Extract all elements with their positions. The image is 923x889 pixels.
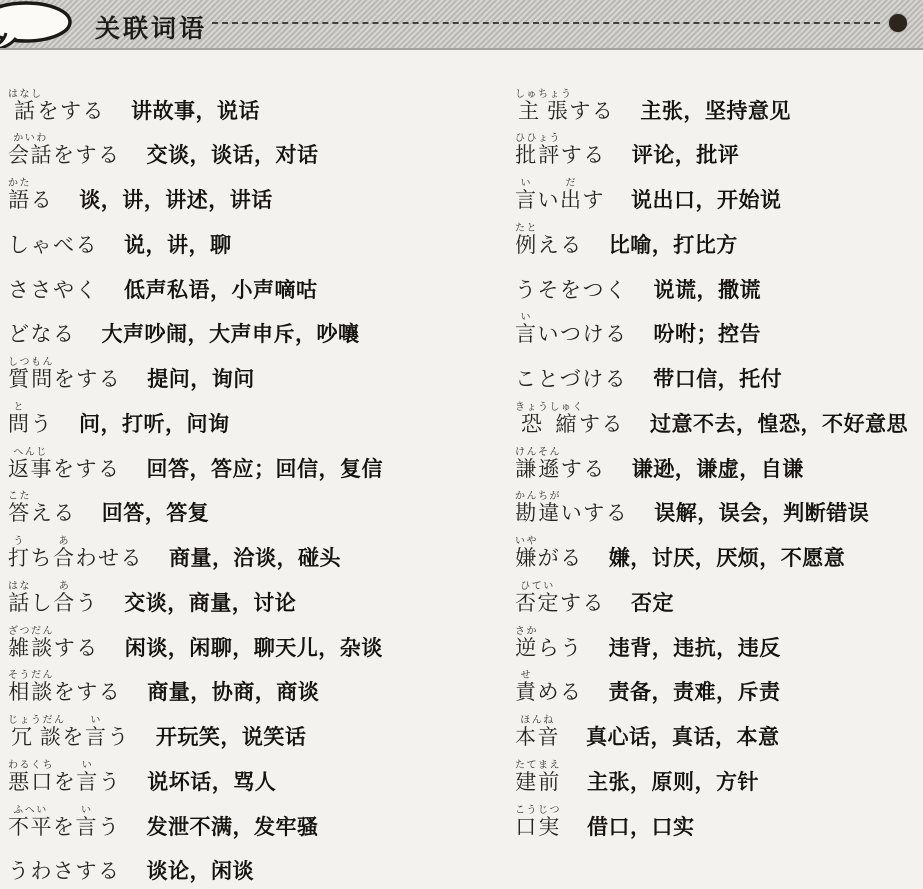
- ruby-base: 言い: [515, 322, 538, 346]
- chinese-meaning: 评论，批评: [632, 144, 740, 167]
- furigana: けんそん: [515, 447, 561, 458]
- vocab-entry: 質問しつもんをする提问，询问: [8, 350, 508, 395]
- ruby-base: 本音ほんね: [515, 725, 560, 749]
- furigana: う: [8, 536, 31, 547]
- furigana: さか: [515, 626, 538, 637]
- vocab-entry: 問とう问，打听，问询: [8, 394, 508, 439]
- chinese-meaning: 嫌，讨厌，厌烦，不愿意: [609, 547, 846, 570]
- chinese-meaning: 开玩笑，说笑话: [156, 726, 307, 749]
- vocab-entry: 言いいつける吩咐；控告: [515, 305, 919, 350]
- section-title: 关联词语: [95, 9, 207, 45]
- ruby-base: 勘違かんちが: [515, 501, 561, 525]
- vocab-column-right: 主張しゅちょうする主张，坚持意见批評ひひょうする评论，批评言いい出だす说出口，开…: [515, 81, 919, 842]
- furigana: い: [85, 715, 108, 726]
- japanese-term: 否定ひていする: [515, 581, 605, 615]
- furigana: たてまえ: [515, 760, 561, 771]
- ruby-base: 返事へんじ: [8, 457, 53, 481]
- ruby-base: 言い: [76, 815, 99, 839]
- japanese-term: 答こたえる: [8, 491, 76, 525]
- vocab-entry: 言いい出だす说出口，开始说: [515, 171, 919, 216]
- furigana: たと: [515, 223, 538, 234]
- chinese-meaning: 商量，洽谈，碰头: [169, 547, 341, 570]
- furigana: あ: [53, 581, 76, 592]
- japanese-term: しゃべる: [8, 234, 98, 257]
- chinese-meaning: 讲故事，说话: [131, 100, 260, 123]
- chinese-meaning: 说，讲，聊: [124, 234, 232, 257]
- japanese-term: 責せめる: [515, 670, 583, 704]
- dashed-rule: [212, 22, 880, 24]
- chinese-meaning: 主张，坚持意见: [640, 100, 791, 123]
- ruby-base: 謙遜けんそん: [515, 457, 561, 481]
- chinese-meaning: 回答，答复: [102, 502, 210, 525]
- furigana: ざつだん: [8, 626, 54, 637]
- vocab-column-left: 話はなしをする讲故事，说话会話かいわをする交谈，谈话，对话語かたる谈，讲，讲述，…: [8, 81, 508, 887]
- furigana: はなし: [8, 89, 43, 100]
- furigana: と: [8, 402, 31, 413]
- chinese-meaning: 说坏话，骂人: [147, 771, 276, 794]
- ruby-base: 冗談じょうだん: [8, 725, 62, 749]
- chinese-meaning: 回答，答应；回信，复信: [147, 458, 384, 481]
- japanese-term: 打うち合あわせる: [8, 536, 143, 570]
- chinese-meaning: 否定: [631, 592, 674, 615]
- vocab-entry: ことづける带口信，托付: [515, 350, 919, 395]
- vocab-entry: 建前たてまえ主张，原则，方针: [515, 752, 919, 797]
- japanese-term: 恐縮きょうしゅくする: [515, 402, 624, 436]
- japanese-term: 話はなしをする: [8, 89, 105, 123]
- japanese-term: 問とう: [8, 402, 53, 436]
- ruby-base: 言い: [76, 770, 99, 794]
- vocab-entry: 話はなしをする讲故事，说话: [8, 81, 508, 126]
- chinese-meaning: 谈论，闲谈: [147, 860, 255, 883]
- chinese-meaning: 比喻，打比方: [609, 234, 738, 257]
- furigana: あ: [53, 536, 76, 547]
- chinese-meaning: 违背，违抗，违反: [609, 637, 781, 660]
- chinese-meaning: 大声吵闹，大声申斥，吵嚷: [102, 323, 360, 346]
- end-bullet-dot: [889, 14, 907, 32]
- ruby-base: 責せ: [515, 680, 538, 704]
- chinese-meaning: 发泄不满，发牢骚: [147, 816, 319, 839]
- vocab-entry: 打うち合あわせる商量，洽谈，碰头: [8, 529, 508, 574]
- ruby-base: 雑談ざつだん: [8, 636, 54, 660]
- japanese-term: 不平ふへいを言いう: [8, 805, 121, 839]
- ruby-base: 答こた: [8, 501, 31, 525]
- chinese-meaning: 说出口，开始说: [631, 189, 782, 212]
- japanese-term: ささやく: [8, 279, 98, 302]
- furigana: そうだん: [8, 670, 54, 681]
- japanese-term: ことづける: [515, 368, 627, 391]
- furigana: はな: [8, 581, 31, 592]
- furigana: じょうだん: [8, 715, 66, 726]
- japanese-term: 悪口わるくちを言いう: [8, 760, 121, 794]
- chinese-meaning: 交谈，谈话，对话: [147, 144, 319, 167]
- chinese-meaning: 提问，询问: [147, 368, 255, 391]
- ruby-base: 恐縮きょうしゅく: [515, 412, 579, 436]
- japanese-term: 言いいつける: [515, 312, 628, 346]
- japanese-term: 語かたる: [8, 178, 53, 212]
- furigana: ほんね: [515, 715, 560, 726]
- chinese-meaning: 带口信，托付: [653, 368, 782, 391]
- vocab-entry: 悪口わるくちを言いう说坏话，骂人: [8, 752, 508, 797]
- ruby-base: 言い: [85, 725, 108, 749]
- vocab-entry: 答こたえる回答，答复: [8, 484, 508, 529]
- ruby-base: 相談そうだん: [8, 680, 54, 704]
- furigana: わるくち: [8, 760, 54, 771]
- vocab-entry: しゃべる说，讲，聊: [8, 215, 508, 260]
- japanese-term: 建前たてまえ: [515, 760, 561, 794]
- japanese-term: 例たとえる: [515, 223, 583, 257]
- vocab-entry: 口実こうじつ借口，口实: [515, 797, 919, 842]
- japanese-term: 批評ひひょうする: [515, 133, 606, 167]
- furigana: い: [76, 760, 99, 771]
- vocab-entry: うわさする谈论，闲谈: [8, 842, 508, 887]
- furigana: こうじつ: [515, 805, 561, 816]
- japanese-term: 冗談じょうだんを言いう: [8, 715, 130, 749]
- vocab-entry: 雑談ざつだんする闲谈，闲聊，聊天儿，杂谈: [8, 618, 508, 663]
- ruby-base: 逆さか: [515, 636, 538, 660]
- japanese-term: 相談そうだんをする: [8, 670, 121, 704]
- furigana: い: [515, 312, 538, 323]
- japanese-term: どなる: [8, 323, 76, 346]
- textbook-page: 关联词语 話はなしをする讲故事，说话会話かいわをする交谈，谈话，对话語かたる谈，…: [0, 0, 923, 889]
- ruby-base: 問と: [8, 412, 31, 436]
- ruby-base: 否定ひてい: [515, 591, 560, 615]
- vocab-entry: うそをつく说谎，撒谎: [515, 260, 919, 305]
- vocab-entry: ささやく低声私语，小声嘀咕: [8, 260, 508, 305]
- ruby-base: 会話かいわ: [8, 143, 53, 167]
- chinese-meaning: 闲谈，闲聊，聊天儿，杂谈: [125, 637, 383, 660]
- ruby-base: 話はな: [8, 591, 31, 615]
- ruby-base: 話はなし: [8, 99, 38, 123]
- japanese-term: 謙遜けんそんする: [515, 447, 606, 481]
- ruby-base: 口実こうじつ: [515, 815, 561, 839]
- ruby-base: 合あ: [53, 546, 76, 570]
- chinese-meaning: 低声私语，小声嘀咕: [124, 279, 318, 302]
- japanese-term: 逆さからう: [515, 626, 583, 660]
- vocab-entry: 語かたる谈，讲，讲述，讲话: [8, 171, 508, 216]
- chinese-meaning: 吩咐；控告: [654, 323, 762, 346]
- chinese-meaning: 说谎，撒谎: [654, 279, 762, 302]
- ruby-base: 打う: [8, 546, 31, 570]
- ruby-base: 批評ひひょう: [515, 143, 561, 167]
- vocab-entry: 返事へんじをする回答，答应；回信，复信: [8, 439, 508, 484]
- chinese-meaning: 交谈，商量，讨论: [124, 592, 296, 615]
- ruby-base: 嫌いや: [515, 546, 538, 570]
- japanese-term: 口実こうじつ: [515, 805, 561, 839]
- furigana: い: [76, 805, 99, 816]
- vocab-entry: 話はなし合あう交谈，商量，讨论: [8, 573, 508, 618]
- chinese-meaning: 误解，误会，判断错误: [654, 502, 869, 525]
- chinese-meaning: 谈，讲，讲述，讲话: [79, 189, 273, 212]
- furigana: かた: [8, 178, 31, 189]
- japanese-term: 会話かいわをする: [8, 133, 121, 167]
- furigana: かんちが: [515, 491, 561, 502]
- ruby-base: 言い: [515, 188, 538, 212]
- furigana: かいわ: [8, 133, 53, 144]
- vocab-entry: 謙遜けんそんする谦逊，谦虚，自谦: [515, 439, 919, 484]
- vocab-entry: 相談そうだんをする商量，协商，商谈: [8, 663, 508, 708]
- furigana: ひひょう: [515, 133, 561, 144]
- furigana: せ: [515, 670, 538, 681]
- vocab-entry: 本音ほんね真心话，真话，本意: [515, 708, 919, 753]
- ruby-base: 出だ: [560, 188, 583, 212]
- chinese-meaning: 过意不去，惶恐，不好意思: [650, 413, 908, 436]
- speech-bubble-icon: [0, 1, 78, 50]
- chinese-meaning: 责备，责难，斥责: [609, 681, 781, 704]
- chinese-meaning: 问，打听，问询: [79, 413, 230, 436]
- vocab-entry: どなる大声吵闹，大声申斥，吵嚷: [8, 305, 508, 350]
- ruby-base: 悪口わるくち: [8, 770, 54, 794]
- japanese-term: 本音ほんね: [515, 715, 560, 749]
- furigana: きょうしゅく: [515, 402, 584, 413]
- ruby-base: 不平ふへい: [8, 815, 53, 839]
- vocab-entry: 責せめる责备，责难，斥责: [515, 663, 919, 708]
- ruby-base: 主張しゅちょう: [515, 99, 569, 123]
- ruby-base: 建前たてまえ: [515, 770, 561, 794]
- ruby-base: 質問しつもん: [8, 367, 54, 391]
- chinese-meaning: 谦逊，谦虚，自谦: [632, 458, 804, 481]
- japanese-term: 勘違かんちがいする: [515, 491, 628, 525]
- chinese-meaning: 主张，原则，方针: [587, 771, 759, 794]
- japanese-term: 言いい出だす: [515, 178, 605, 212]
- furigana: ふへい: [8, 805, 53, 816]
- japanese-term: 質問しつもんをする: [8, 357, 121, 391]
- vocab-entry: 恐縮きょうしゅくする过意不去，惶恐，不好意思: [515, 394, 919, 439]
- vocab-entry: 主張しゅちょうする主张，坚持意见: [515, 81, 919, 126]
- vocab-entry: 例たとえる比喻，打比方: [515, 215, 919, 260]
- furigana: しゅちょう: [515, 89, 573, 100]
- japanese-term: うわさする: [8, 860, 121, 883]
- furigana: こた: [8, 491, 31, 502]
- japanese-term: うそをつく: [515, 279, 628, 302]
- furigana: いや: [515, 536, 538, 547]
- ruby-base: 語かた: [8, 188, 31, 212]
- ruby-base: 合あ: [53, 591, 76, 615]
- furigana: ひてい: [515, 581, 560, 592]
- japanese-term: 主張しゅちょうする: [515, 89, 614, 123]
- furigana: だ: [560, 178, 583, 189]
- chinese-meaning: 商量，协商，商谈: [147, 681, 319, 704]
- chinese-meaning: 真心话，真话，本意: [586, 726, 780, 749]
- furigana: しつもん: [8, 357, 54, 368]
- vocab-entry: 嫌いやがる嫌，讨厌，厌烦，不愿意: [515, 529, 919, 574]
- japanese-term: 嫌いやがる: [515, 536, 583, 570]
- vocab-entry: 冗談じょうだんを言いう开玩笑，说笑话: [8, 708, 508, 753]
- ruby-base: 例たと: [515, 233, 538, 257]
- japanese-term: 雑談ざつだんする: [8, 626, 99, 660]
- furigana: い: [515, 178, 538, 189]
- chinese-meaning: 借口，口实: [587, 816, 695, 839]
- vocab-entry: 会話かいわをする交谈，谈话，对话: [8, 126, 508, 171]
- section-header-band: 关联词语: [0, 0, 923, 50]
- japanese-term: 話はなし合あう: [8, 581, 98, 615]
- vocab-entry: 勘違かんちがいする误解，误会，判断错误: [515, 484, 919, 529]
- furigana: へんじ: [8, 447, 53, 458]
- vocab-entry: 不平ふへいを言いう发泄不满，发牢骚: [8, 797, 508, 842]
- japanese-term: 返事へんじをする: [8, 447, 121, 481]
- vocab-entry: 否定ひていする否定: [515, 573, 919, 618]
- vocab-entry: 批評ひひょうする评论，批评: [515, 126, 919, 171]
- vocab-entry: 逆さからう违背，违抗，违反: [515, 618, 919, 663]
